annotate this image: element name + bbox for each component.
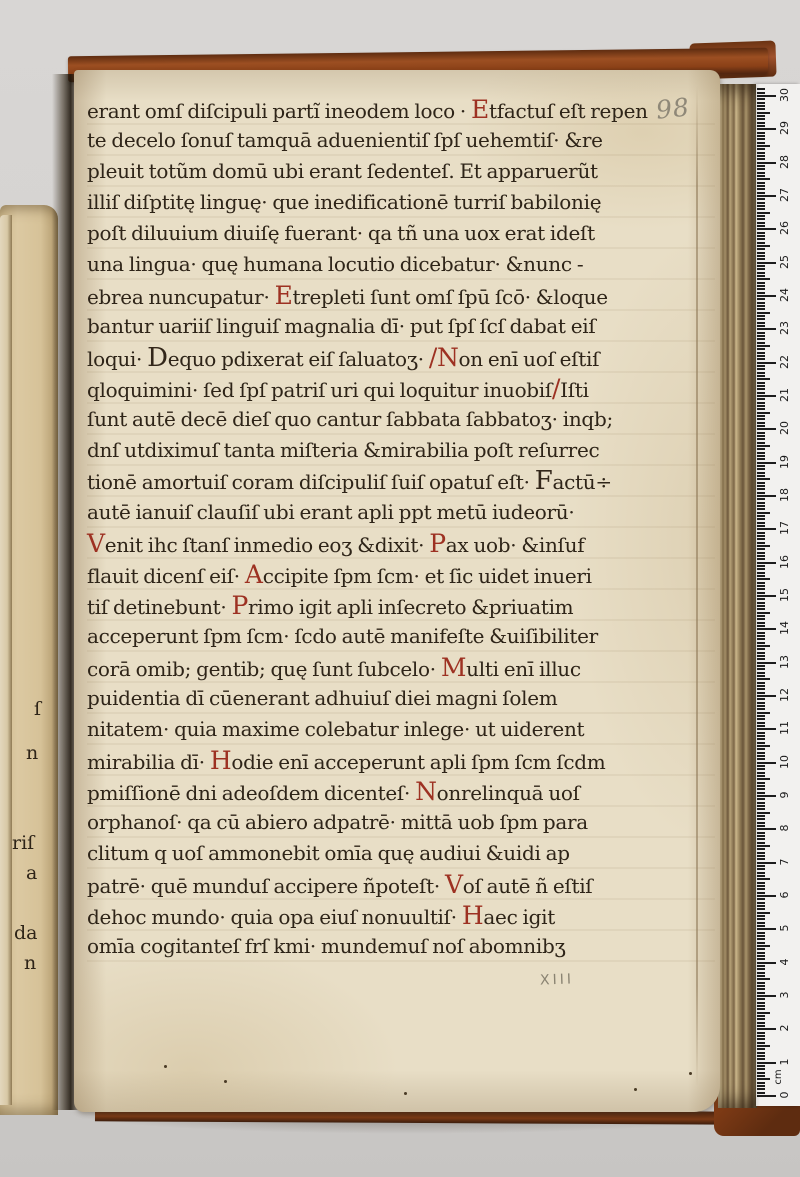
- parchment-speck: [634, 1088, 637, 1091]
- ruler-tick: [757, 268, 765, 270]
- manuscript-line: pleuit totũm domū ubi erant ſedenteſ. Et…: [87, 156, 715, 187]
- ruler-tick: [757, 1052, 765, 1054]
- ruler-tick: [757, 948, 765, 950]
- manuscript-line: puidentia dī cūenerant adhuiuſ diei magn…: [87, 683, 715, 714]
- ruler-tick: [757, 232, 765, 234]
- ruler-tick: [757, 855, 765, 857]
- ruler-tick: [757, 585, 765, 587]
- ruler-tick: [757, 788, 765, 790]
- ruler-tick: [757, 1025, 765, 1027]
- ruler-tick: [757, 912, 770, 914]
- ruler-number: 15: [770, 580, 800, 610]
- ruler-tick: [757, 502, 765, 504]
- ruler-tick: [757, 535, 765, 537]
- ruler-tick: [757, 155, 765, 157]
- parchment-speck: [224, 1080, 227, 1083]
- ruler-tick: [757, 312, 770, 314]
- text-run: qloquimini· ſed ſpſ patriſ uri qui loqui…: [87, 378, 552, 402]
- ruler-tick: [757, 102, 765, 104]
- ruler-tick: [757, 968, 765, 970]
- ruler-tick: [757, 842, 765, 844]
- ruler-tick: [757, 932, 765, 934]
- ruler-tick: [757, 508, 765, 510]
- ruler-tick: [757, 568, 765, 570]
- text-run: ſunt autē decē dieſ quo cantur ſabbata ſ…: [87, 407, 613, 431]
- rubric-initial: H: [210, 746, 232, 775]
- ruler-tick: [757, 375, 765, 377]
- ruler-tick: [757, 642, 765, 644]
- manuscript-line: ebrea nuncupatur· Etrepleti ſunt omſ ſpū…: [87, 280, 715, 311]
- manuscript-line: bantur uariiſ linguiſ magnalia dī· put ſ…: [87, 311, 715, 342]
- ruler-tick: [757, 1022, 765, 1024]
- ruler-tick: [757, 138, 765, 140]
- ruler-tick: [757, 625, 765, 627]
- ruler-tick: [757, 785, 765, 787]
- ruler-tick: [757, 198, 765, 200]
- ruler-tick: [757, 605, 765, 607]
- ruler-tick: [757, 522, 765, 524]
- manuscript-line: autē ianuiſ clauſiſ ubi erant apli ppt m…: [87, 497, 715, 528]
- ruler-tick: [757, 632, 765, 634]
- ruler-number: 10: [770, 747, 800, 777]
- ruler-tick: [757, 278, 770, 280]
- text-run: loqui·: [87, 347, 147, 371]
- text-run: onrelinquā uoſ: [437, 781, 580, 805]
- manuscript-line: acceperunt ſpm ſcm· ſcdo autē manifeſte …: [87, 621, 715, 652]
- ruler-tick: [757, 1012, 770, 1014]
- ruler-tick: [757, 405, 765, 407]
- ruler-tick: [757, 355, 765, 357]
- ruler-tick: [757, 452, 765, 454]
- ruler-tick: [757, 152, 765, 154]
- ruler-tick: [757, 1018, 765, 1020]
- ruler-tick: [757, 822, 765, 824]
- facing-page-letter-fragment: da: [14, 924, 38, 943]
- ruler-unit-label: cm: [764, 1062, 794, 1092]
- ruler-tick: [757, 438, 765, 440]
- ruler-number: 9: [770, 780, 800, 810]
- ruler-tick: [757, 708, 765, 710]
- ruler-tick: [757, 1008, 765, 1010]
- ruler-tick: [757, 158, 765, 160]
- ruler-tick: [757, 322, 765, 324]
- text-run: pmiſſionē dni adeoſdem dicenteſ·: [87, 781, 415, 805]
- ruler-tick: [757, 878, 770, 880]
- ruler-tick: [757, 285, 765, 287]
- ruler-tick: [757, 525, 765, 527]
- ruler-tick: [757, 772, 765, 774]
- ruler-tick: [757, 245, 770, 247]
- manuscript-line: erant omſ diſcipuli partĩ ineodem loco ·…: [87, 94, 715, 125]
- ruler-tick: [757, 665, 765, 667]
- ruler-tick: [757, 415, 765, 417]
- ruler-tick: [757, 242, 765, 244]
- ruler-tick: [757, 425, 765, 427]
- rubric-initial: V: [87, 529, 105, 558]
- ruler-tick: [757, 922, 765, 924]
- ruler-number: 18: [770, 480, 800, 510]
- ruler-number: 14: [770, 613, 800, 643]
- manuscript-line: loqui· Dequo pdixerat eiſ ſaluatoʒ· /Non…: [87, 342, 715, 373]
- ruler-tick: [757, 898, 765, 900]
- rubric-initial: A: [245, 560, 263, 589]
- manuscript-line: tionē amortuiſ coram diſcipuliſ ſuiſ opa…: [87, 466, 715, 497]
- facing-page-letter-fragment: ſ: [34, 700, 41, 719]
- ruler-tick: [757, 952, 765, 954]
- ruler-tick: [757, 488, 765, 490]
- ruler-tick: [757, 202, 765, 204]
- text-run: Iſti: [560, 378, 589, 402]
- ruler-tick: [757, 698, 765, 700]
- text-run: te decelo ſonuſ tamquā aduenientiſ ſpſ u…: [87, 128, 603, 152]
- facing-page-letter-fragment: n: [24, 954, 36, 973]
- ruler-tick: [757, 238, 765, 240]
- ruler-tick: [757, 148, 765, 150]
- rubric-initial: E: [275, 281, 293, 310]
- ruler-tick: [757, 215, 765, 217]
- ruler-tick: [757, 882, 765, 884]
- ruler-tick: [757, 125, 765, 127]
- ruler-tick: [757, 722, 765, 724]
- text-run: orphanoſ· qa cū abiero adpatrē· mittā uo…: [87, 810, 588, 834]
- ruler-tick: [757, 192, 765, 194]
- ruler-tick: [757, 782, 765, 784]
- ruler-tick: [757, 1035, 765, 1037]
- ruler-tick: [757, 388, 765, 390]
- rubric-initial: V: [445, 870, 463, 899]
- ruler-tick: [757, 168, 765, 170]
- ruler-tick: [757, 592, 765, 594]
- ruler-tick: [757, 105, 765, 107]
- ruler-tick: [757, 515, 765, 517]
- manuscript-line: patrē· quē munduſ accipere ñpoteſt· Voſ …: [87, 869, 715, 900]
- ruler-tick: [757, 188, 765, 190]
- ruler-tick: [757, 565, 765, 567]
- ruler-tick: [757, 282, 765, 284]
- ruler-tick: [757, 172, 765, 174]
- ruler-tick: [757, 248, 765, 250]
- ruler-tick: [757, 918, 765, 920]
- ruler-tick: [757, 382, 765, 384]
- ruler-tick: [757, 545, 770, 547]
- text-run: nitatem· quia maxime colebatur inlege· u…: [87, 717, 584, 741]
- ruler-tick: [757, 478, 770, 480]
- ruler-tick: [757, 705, 765, 707]
- ruler-tick: [757, 848, 765, 850]
- ruler-tick: [757, 815, 765, 817]
- rubric-initial: H: [462, 901, 484, 930]
- ruler-number: 5: [770, 913, 800, 943]
- ruler-number: 16: [770, 547, 800, 577]
- ruler-tick: [757, 758, 765, 760]
- rubric-initial: /: [429, 343, 437, 372]
- ruler-tick: [757, 935, 765, 937]
- ruler-tick: [757, 165, 765, 167]
- ruler-tick: [757, 448, 765, 450]
- versal-initial: F: [535, 466, 553, 496]
- manuscript-line: una lingua· quę humana locutio dicebatur…: [87, 249, 715, 280]
- rubric-initial: M: [441, 653, 466, 682]
- text-run: poſt diluuium diuiſę fuerant· qa tñ una …: [87, 221, 595, 245]
- ruler-tick: [757, 645, 770, 647]
- ruler-tick: [757, 548, 765, 550]
- manuscript-line: qloquimini· ſed ſpſ patriſ uri qui loqui…: [87, 373, 715, 404]
- ruler-tick: [757, 982, 765, 984]
- manuscript-line: pmiſſionē dni adeoſdem dicenteſ· Nonreli…: [87, 776, 715, 807]
- text-run: bantur uariiſ linguiſ magnalia dī· put ſ…: [87, 314, 595, 338]
- ruler-tick: [757, 422, 765, 424]
- ruler-tick: [757, 945, 770, 947]
- text-run: corā omib; gentib; quę ſunt ſubcelo·: [87, 657, 441, 681]
- ruler-number: 2: [770, 1013, 800, 1043]
- ruler-tick: [757, 988, 765, 990]
- ruler-tick: [757, 712, 770, 714]
- ruler-number: 12: [770, 680, 800, 710]
- ruler-tick: [757, 132, 765, 134]
- manuscript-line: poſt diluuium diuiſę fuerant· qa tñ una …: [87, 218, 715, 249]
- ruler-tick: [757, 542, 765, 544]
- ruler-tick: [757, 468, 765, 470]
- ruler-tick: [757, 1002, 765, 1004]
- ruler-tick: [757, 472, 765, 474]
- manuscript-line: tiſ detinebunt· Primo igit apli inſecret…: [87, 590, 715, 621]
- ruler-tick: [757, 648, 765, 650]
- ruler-tick: [757, 288, 765, 290]
- ruler-tick: [757, 1038, 765, 1040]
- ruler-number: 3: [770, 980, 800, 1010]
- ruler-tick: [757, 458, 765, 460]
- text-run: puidentia dī cūenerant adhuiuſ diei magn…: [87, 686, 557, 710]
- text-run: ebrea nuncupatur·: [87, 285, 275, 309]
- text-run: ulti enī illuc: [466, 657, 581, 681]
- text-run: una lingua· quę humana locutio dicebatur…: [87, 252, 583, 276]
- ruler-tick: [757, 432, 765, 434]
- ruler-tick: [757, 745, 770, 747]
- ruler-number: 22: [770, 347, 800, 377]
- ruler-number: 6: [770, 880, 800, 910]
- ruler-tick: [757, 552, 765, 554]
- ruler-tick: [757, 902, 765, 904]
- ruler-tick: [757, 808, 765, 810]
- ruler-tick: [757, 972, 765, 974]
- manuscript-line: corā omib; gentib; quę ſunt ſubcelo· Mul…: [87, 652, 715, 683]
- text-run: patrē· quē munduſ accipere ñpoteſt·: [87, 874, 445, 898]
- ruler-number: 27: [770, 180, 800, 210]
- page-edge-stack: [718, 84, 757, 1108]
- text-run: tionē amortuiſ coram diſcipuliſ ſuiſ opa…: [87, 470, 535, 494]
- ruler-tick: [757, 955, 765, 957]
- ruler-tick: [757, 908, 765, 910]
- ruler-tick: [757, 835, 765, 837]
- ruler-tick: [757, 308, 765, 310]
- ruler-tick: [757, 315, 765, 317]
- ruler-tick: [757, 225, 765, 227]
- ruler-tick: [757, 622, 765, 624]
- quire-mark: XIII: [540, 971, 575, 988]
- ruler-tick: [757, 208, 765, 210]
- ruler-tick: [757, 1015, 765, 1017]
- ruler-tick: [757, 1048, 765, 1050]
- rubric-initial: P: [429, 529, 446, 558]
- ruler-tick: [757, 558, 765, 560]
- ruler-tick: [757, 108, 765, 110]
- text-run: oſ autē ñ eſtiſ: [463, 874, 593, 898]
- ruler-tick: [757, 672, 765, 674]
- rubric-initial: E: [471, 95, 489, 124]
- ruler-tick: [757, 792, 765, 794]
- facing-page-outer-edge: [0, 215, 12, 1105]
- ruler-tick: [757, 742, 765, 744]
- text-run: autē ianuiſ clauſiſ ubi erant apli ppt m…: [87, 500, 574, 524]
- ruler-tick: [757, 342, 765, 344]
- ruler-tick: [757, 298, 765, 300]
- facing-page-letter-fragment: riſ: [12, 834, 34, 853]
- ruler-tick: [757, 845, 770, 847]
- ruler-tick: [757, 825, 765, 827]
- ruler-tick: [757, 465, 765, 467]
- ruler-tick: [757, 875, 765, 877]
- ruler-tick: [757, 92, 765, 94]
- ruler-tick: [757, 985, 765, 987]
- ruler-tick: [757, 958, 765, 960]
- ruler-number: 28: [770, 147, 800, 177]
- ruler-number: 23: [770, 313, 800, 343]
- ruler-tick: [757, 1055, 765, 1057]
- ruler-tick: [757, 865, 765, 867]
- ruler-tick: [757, 358, 765, 360]
- ruler-tick: [757, 755, 765, 757]
- ruler-tick: [757, 338, 765, 340]
- ruler-tick: [757, 732, 765, 734]
- measuring-ruler: 0123456789101112131415161718192021222324…: [756, 84, 800, 1106]
- text-run: rimo igit apli inſecreto &priuatim: [248, 595, 573, 619]
- text-run: flauit dicenſ eiſ·: [87, 564, 245, 588]
- ruler-number: 19: [770, 447, 800, 477]
- ruler-tick: [757, 345, 770, 347]
- manuscript-line: flauit dicenſ eiſ· Accipite ſpm ſcm· et …: [87, 559, 715, 590]
- ruler-tick: [757, 885, 765, 887]
- ruler-tick: [757, 612, 770, 614]
- ruler-tick: [757, 145, 770, 147]
- ruler-tick: [757, 838, 765, 840]
- manuscript-line: orphanoſ· qa cū abiero adpatrē· mittā uo…: [87, 807, 715, 838]
- ruler-tick: [757, 555, 765, 557]
- ruler-number: 13: [770, 647, 800, 677]
- text-run: ax uob· &inſuf: [446, 533, 585, 557]
- ruler-tick: [757, 1058, 765, 1060]
- ruler-tick: [757, 205, 765, 207]
- ruler-tick: [757, 518, 765, 520]
- ruler-tick: [757, 725, 765, 727]
- ruler-tick: [757, 258, 765, 260]
- rubric-initial: N: [415, 777, 437, 806]
- ruler-tick: [757, 805, 765, 807]
- versal-initial: D: [147, 343, 168, 373]
- ruler-tick: [757, 718, 765, 720]
- ruler-tick: [757, 992, 765, 994]
- ruler-tick: [757, 802, 765, 804]
- ruler-tick: [757, 752, 765, 754]
- ruler-tick: [757, 638, 765, 640]
- ruler-tick: [757, 892, 765, 894]
- ruler-tick: [757, 532, 765, 534]
- ruler-tick: [757, 942, 765, 944]
- ruler-tick: [757, 655, 765, 657]
- ruler-tick: [757, 735, 765, 737]
- parchment-speck: [689, 1072, 692, 1075]
- ruler-tick: [757, 715, 765, 717]
- ruler-tick: [757, 812, 770, 814]
- ruler-tick: [757, 302, 765, 304]
- manuscript-line: omīa cogitanteſ frſ kmi· mundemuſ noſ ab…: [87, 931, 715, 962]
- photo-background: { "photo": { "background_color": "#d3d1c…: [0, 0, 800, 1177]
- manuscript-line: dehoc mundo· quia opa eiuſ nonuultiſ· Ha…: [87, 900, 715, 931]
- ruler-tick: [757, 1032, 765, 1034]
- manuscript-line: clitum q uoſ ammonebit omīa quę audiui &…: [87, 838, 715, 869]
- ruler-tick: [757, 578, 770, 580]
- rubric-initial: N: [437, 343, 459, 372]
- ruler-tick: [757, 118, 765, 120]
- ruler-tick: [757, 658, 765, 660]
- ruler-tick: [757, 485, 765, 487]
- text-run: dnſ utdiximuſ tanta miſteria &mirabilia …: [87, 438, 599, 462]
- ruler-tick: [757, 505, 765, 507]
- ruler-tick: [757, 222, 765, 224]
- ruler-tick: [757, 115, 765, 117]
- ruler-tick: [757, 978, 770, 980]
- ruler-number: 21: [770, 380, 800, 410]
- ruler-tick: [757, 975, 765, 977]
- text-run: aec igit: [483, 905, 555, 929]
- ruler-tick: [757, 512, 770, 514]
- ruler-tick: [757, 938, 765, 940]
- ruler-tick: [757, 402, 765, 404]
- ruler-tick: [757, 775, 765, 777]
- ruler-tick: [757, 675, 765, 677]
- ruler-tick: [757, 348, 765, 350]
- manuscript-line: nitatem· quia maxime colebatur inlege· u…: [87, 714, 715, 745]
- ruler-tick: [757, 435, 765, 437]
- ruler-tick: [757, 255, 765, 257]
- ruler-tick: [757, 398, 765, 400]
- text-run: illiſ diſptitę linguę· que inedification…: [87, 190, 601, 214]
- text-run: odie enī acceperunt apli ſpm ſcm ſcdm: [231, 750, 605, 774]
- text-run: enit ihc ſtanſ inmedio eoʒ &dixit·: [105, 533, 429, 557]
- ruler-tick: [757, 365, 765, 367]
- ruler-tick: [757, 602, 765, 604]
- ruler-tick: [757, 418, 765, 420]
- ruler-tick: [757, 682, 765, 684]
- ruler-tick: [757, 768, 765, 770]
- ruler-tick: [757, 175, 765, 177]
- ruler-tick: [757, 572, 765, 574]
- ruler-tick: [757, 185, 765, 187]
- ruler-tick: [757, 275, 765, 277]
- ruler-number: 24: [770, 280, 800, 310]
- manuscript-line: Venit ihc ſtanſ inmedio eoʒ &dixit· Pax …: [87, 528, 715, 559]
- ruler-tick: [757, 292, 765, 294]
- rubric-initial: P: [232, 591, 249, 620]
- ruler-tick: [757, 965, 765, 967]
- ruler-tick: [757, 408, 765, 410]
- ruler-tick: [757, 832, 765, 834]
- ruler-tick: [757, 868, 765, 870]
- ruler-tick: [757, 652, 765, 654]
- ruler-tick: [757, 265, 765, 267]
- text-run: pleuit totũm domū ubi erant ſedenteſ. Et…: [87, 159, 598, 183]
- ruler-tick: [757, 748, 765, 750]
- manuscript-line: ſunt autē decē dieſ quo cantur ſabbata ſ…: [87, 404, 715, 435]
